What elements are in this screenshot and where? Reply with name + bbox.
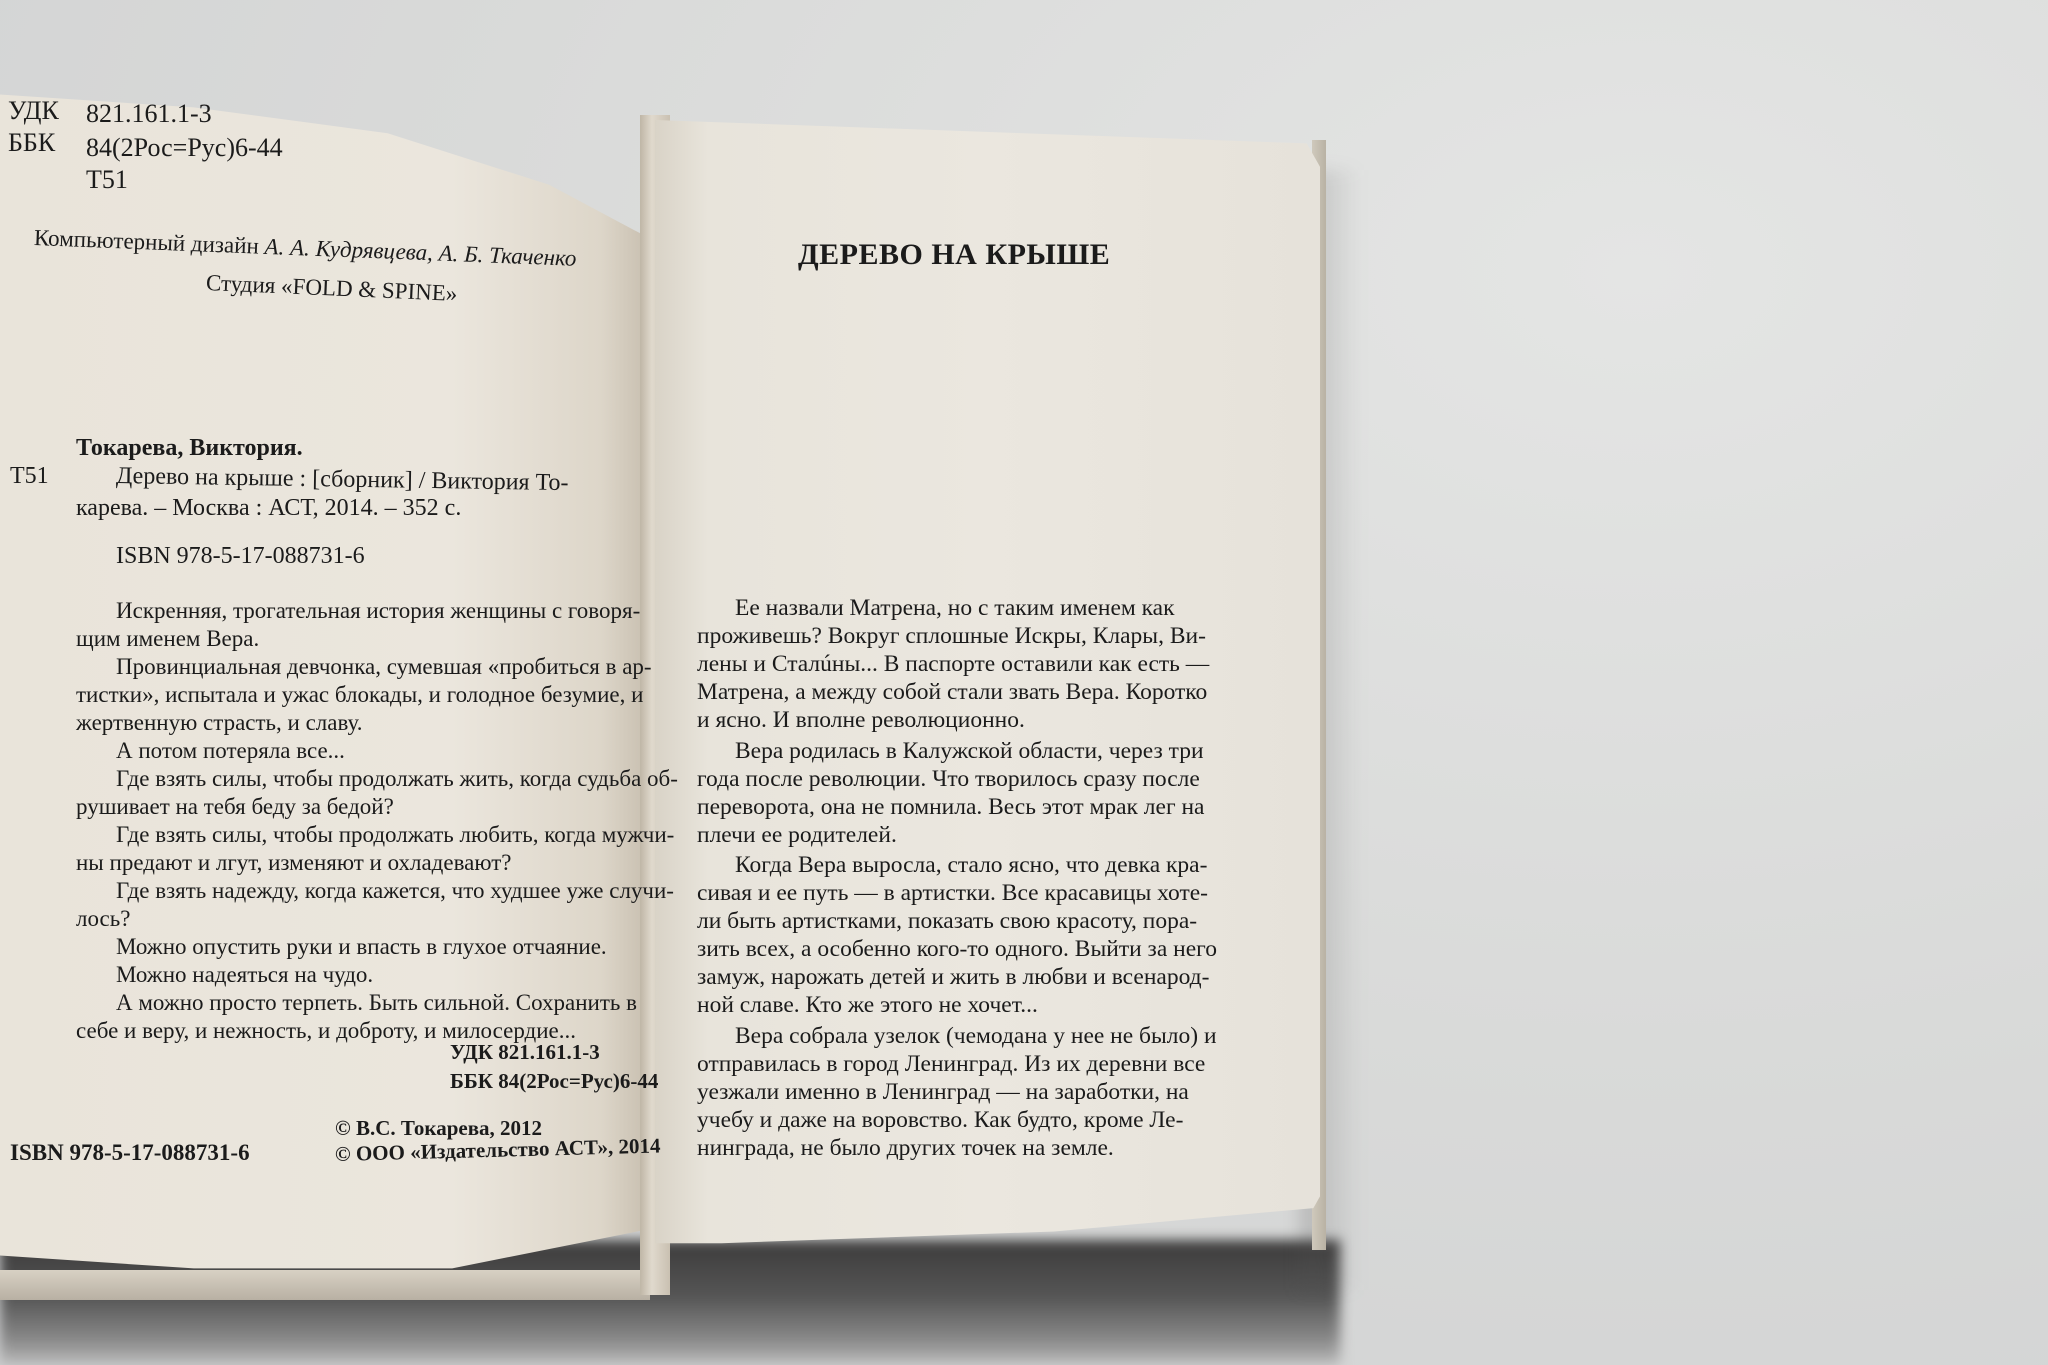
body-line: зить всех, а особенно кого-то одного. Вы… (697, 936, 1217, 963)
body-line: плечи ее родителей. (697, 822, 897, 849)
catalog-isbn: ISBN 978-5-17-088731-6 (116, 543, 365, 570)
annotation-line: лось? (76, 904, 130, 933)
catalog-line-2: карева. – Москва : АСТ, 2014. – 352 с. (76, 495, 461, 522)
body-line: года после революции. Что творилось сраз… (697, 766, 1200, 793)
annotation-line: рушивает на тебя беду за бедой? (76, 792, 394, 821)
body-line: проживешь? Вокруг сплошные Искры, Клары,… (697, 623, 1206, 650)
annotation-line: А потом потеряла все... (116, 736, 345, 765)
annotation-line: жертвенную страсть, и славу. (76, 708, 363, 737)
annotation-line: ны предают и лгут, изменяют и охладевают… (76, 848, 512, 877)
body-line: нинграда, не было других точек на земле. (697, 1135, 1114, 1162)
annotation-line: Провинциальная девчонка, сумевшая «проби… (116, 652, 652, 681)
body-line: Когда Вера выросла, стало ясно, что девк… (735, 852, 1207, 879)
left-page-stack (0, 1270, 650, 1300)
catalog-author-mark: Т51 (10, 463, 49, 490)
footer-udk: УДК 821.161.1-3 (450, 1040, 600, 1065)
annotation-line: Можно надеяться на чудо. (116, 960, 373, 989)
annotation-line: Где взять надежду, когда кажется, что ху… (116, 876, 674, 905)
annotation-line: Можно опустить руки и впасть в глухое от… (116, 932, 607, 961)
body-line: уезжали именно в Ленинград — на заработк… (697, 1079, 1189, 1106)
body-line: переворота, она не помнила. Весь этот мр… (697, 794, 1205, 821)
catalog-author-heading: Токарева, Виктория. (76, 435, 303, 462)
annotation-line: А можно просто терпеть. Быть сильной. Со… (116, 988, 637, 1017)
author-mark: Т51 (86, 165, 128, 195)
body-line: сивая и ее путь — в артистки. Все красав… (697, 880, 1208, 907)
body-line: замуж, нарожать детей и жить в любви и в… (697, 964, 1209, 991)
body-line: Ее назвали Матрена, но с таким именем ка… (735, 595, 1175, 622)
footer-bbk: ББК 84(2Рос=Рус)6-44 (450, 1069, 658, 1094)
body-line: Вера собрала узелок (чемодана у нее не б… (735, 1023, 1217, 1050)
footer-isbn: ISBN 978-5-17-088731-6 (10, 1140, 250, 1166)
body-line: Вера родилась в Калужской области, через… (735, 738, 1204, 765)
bbk-label: ББК (8, 128, 55, 158)
body-line: учебу и даже на воровство. Как будто, кр… (697, 1107, 1183, 1134)
body-line: и ясно. И вполне революционно. (697, 707, 1025, 734)
annotation-line: Где взять силы, чтобы продолжать жить, к… (116, 764, 678, 793)
body-line: лены и Сталúны... В паспорте оставили ка… (697, 651, 1209, 678)
bbk-value: 84(2Рос=Рус)6-44 (86, 133, 283, 163)
chapter-title: ДЕРЕВО НА КРЫШЕ (798, 238, 1110, 272)
udk-value: 821.161.1-3 (86, 99, 212, 129)
body-line: ной славе. Кто же этого не хочет... (697, 992, 1038, 1019)
annotation-line: тистки», испытала и ужас блокады, и голо… (76, 680, 643, 709)
body-line: отправилась в город Ленинград. Из их дер… (697, 1051, 1205, 1078)
annotation-line: Искренняя, трогательная история женщины … (116, 596, 640, 625)
udk-label: УДК (8, 96, 59, 126)
annotation-line: Где взять силы, чтобы продолжать любить,… (116, 820, 674, 849)
annotation-line: щим именем Вера. (76, 624, 259, 653)
body-line: ли быть артистками, показать свою красот… (697, 908, 1197, 935)
body-line: Матрена, а между собой стали звать Вера.… (697, 679, 1207, 706)
